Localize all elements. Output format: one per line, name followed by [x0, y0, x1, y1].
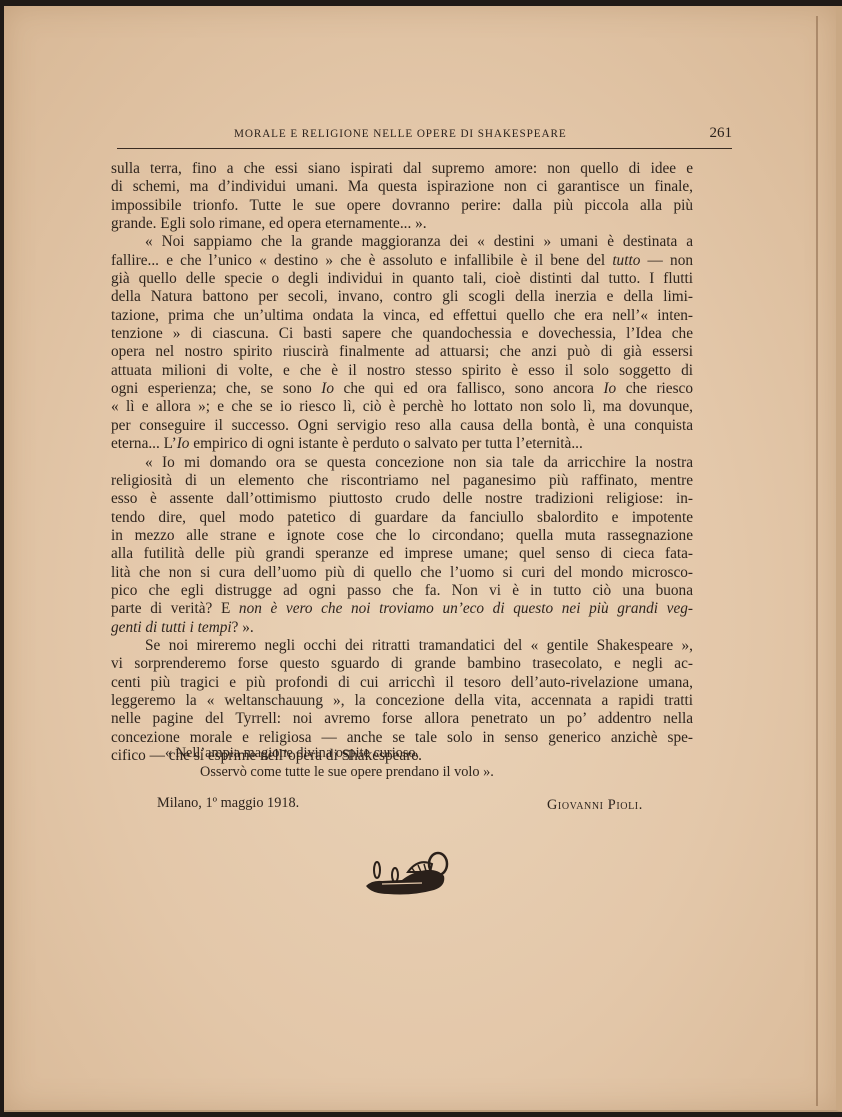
text-line: eterna... L’Io empirico di ogni istante … [111, 435, 693, 453]
verse-line: « Nell’ampia magione divina ospite curio… [165, 744, 494, 763]
oil-lamp-icon [362, 850, 454, 900]
dateline: Milano, 1º maggio 1918. [157, 795, 299, 812]
page-edge [816, 16, 818, 1106]
text-line: tenzione » di ciascuna. Ci basti sapere … [111, 325, 693, 343]
text-line: « Io mi domando ora se questa concezione… [111, 454, 693, 472]
verse-line: Osservò come tutte le sue opere prendano… [165, 763, 494, 782]
text-line: religiosità di un elemento che riscontri… [111, 472, 693, 490]
text-line: pico che egli distrugge ad ogni passo ch… [111, 582, 693, 600]
text-line: vi sorprenderemo forse questo sguardo di… [111, 655, 693, 673]
text-line: impossibile trionfo. Tutte le sue opere … [111, 197, 693, 215]
text-line: alla futilità delle più grandi speranze … [111, 545, 693, 563]
text-line: di schemi, ma d’individui umani. Ma ques… [111, 178, 693, 196]
text-line: Se noi mireremo negli occhi dei ritratti… [111, 637, 693, 655]
text-line: centi più tragici e più profondi di cui … [111, 674, 693, 692]
page-number: 261 [710, 125, 733, 142]
text-line: tazione, prima che un’ultima ondata la v… [111, 307, 693, 325]
running-head: MORALE E RELIGIONE NELLE OPERE DI SHAKES… [117, 124, 732, 149]
author-signature: Giovanni Pioli. [547, 797, 643, 814]
verse-quotation: « Nell’ampia magione divina ospite curio… [165, 744, 494, 782]
text-line: « Noi sappiamo che la grande maggioranza… [111, 233, 693, 251]
text-line: tendo dire, quel modo patetico di guarda… [111, 509, 693, 527]
text-line: sulla terra, fino a che essi siano ispir… [111, 160, 693, 178]
text-line: già quello delle specie o degli individu… [111, 270, 693, 288]
text-line: opera nel nostro spirito riuscirà finalm… [111, 343, 693, 361]
text-line: fallire... e che l’unico « destino » che… [111, 252, 693, 270]
text-line: genti di tutti i tempi? ». [111, 619, 693, 637]
running-title: MORALE E RELIGIONE NELLE OPERE DI SHAKES… [234, 128, 567, 140]
text-line: per conseguire il successo. Ogni servigi… [111, 417, 693, 435]
text-line: nelle pagine del Tyrrell: noi avremo for… [111, 710, 693, 728]
text-line: della Natura battono per secoli, invano,… [111, 288, 693, 306]
text-line: lità che non si cura dell’uomo più di qu… [111, 564, 693, 582]
text-line: esso è assente dall’ottimismo piuttosto … [111, 490, 693, 508]
text-line: attuata milioni di volte, e che è il nos… [111, 362, 693, 380]
text-line: in mezzo alle strane e ignote cose che l… [111, 527, 693, 545]
text-line: ogni esperienza; che, se sono Io che qui… [111, 380, 693, 398]
text-line: grande. Egli solo rimane, ed opera etern… [111, 215, 693, 233]
body-text: sulla terra, fino a che essi siano ispir… [111, 160, 693, 765]
text-line: parte di verità? E non è vero che noi tr… [111, 600, 693, 618]
text-line: leggeremo la « weltanschauung », la conc… [111, 692, 693, 710]
text-line: « lì e allora »; e che se io riesco lì, … [111, 398, 693, 416]
